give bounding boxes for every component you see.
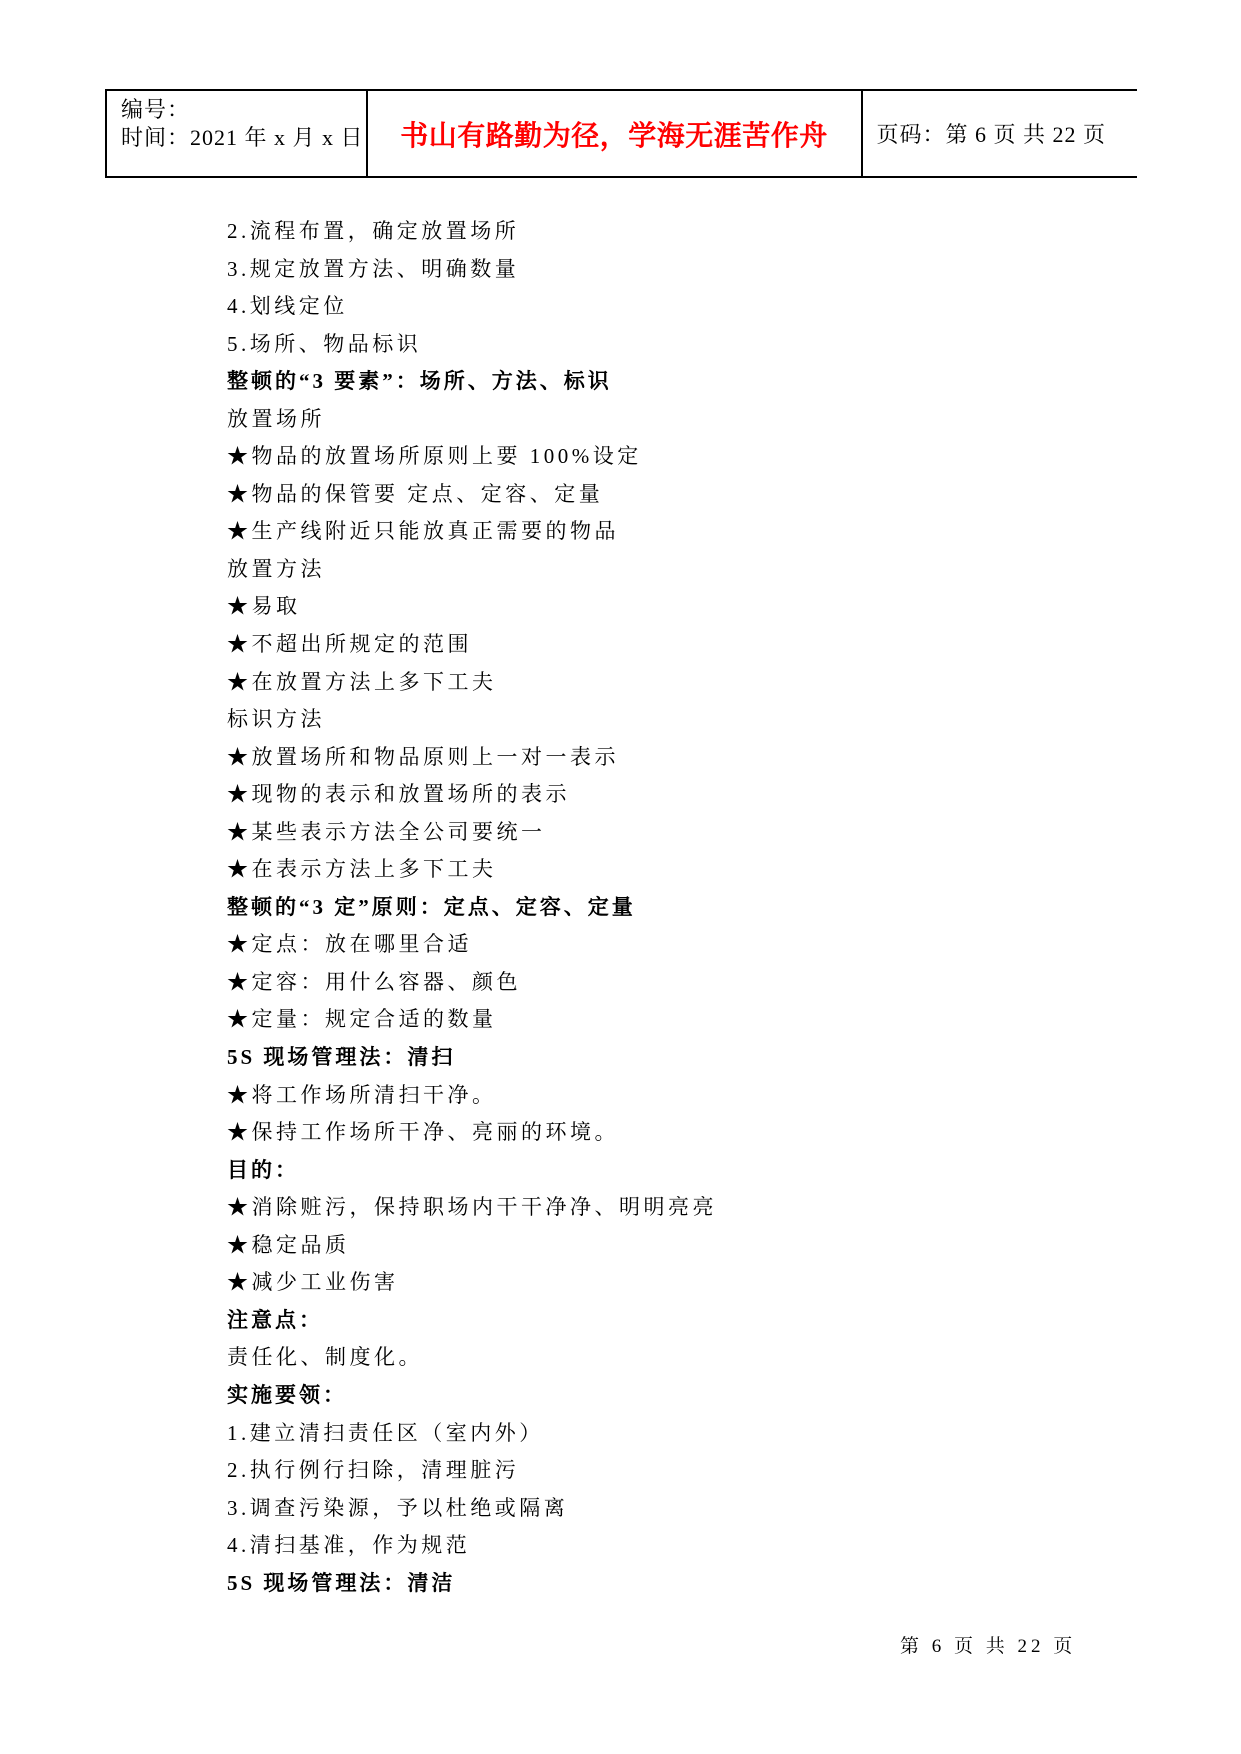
body-line: 3.规定放置方法、明确数量 — [227, 251, 1087, 289]
header-table: 编号： 时间：2021 年 x 月 x 日 书山有路勤为径，学海无涯苦作舟 页码… — [105, 89, 1137, 178]
body-line: ★放置场所和物品原则上一对一表示 — [227, 739, 1087, 777]
header-cell-slogan: 书山有路勤为径，学海无涯苦作舟 — [368, 91, 863, 176]
body-line: 5S 现场管理法：清扫 — [227, 1039, 1087, 1077]
body-line: 目的： — [227, 1152, 1087, 1190]
body-line: ★物品的放置场所原则上要 100%设定 — [227, 438, 1087, 476]
doc-number-label: 编号： — [121, 96, 366, 124]
body-line: ★定点：放在哪里合适 — [227, 926, 1087, 964]
body-line: 放置方法 — [227, 551, 1087, 589]
body-line: ★定量：规定合适的数量 — [227, 1001, 1087, 1039]
header-cell-meta: 编号： 时间：2021 年 x 月 x 日 — [107, 91, 368, 176]
body-line: ★生产线附近只能放真正需要的物品 — [227, 513, 1087, 551]
body-line: 放置场所 — [227, 401, 1087, 439]
body-line: 注意点： — [227, 1302, 1087, 1340]
body-line: 4.清扫基准，作为规范 — [227, 1527, 1087, 1565]
body-line: 实施要领： — [227, 1377, 1087, 1415]
body-line: 5S 现场管理法：清洁 — [227, 1565, 1087, 1603]
body-line: ★物品的保管要 定点、定容、定量 — [227, 476, 1087, 514]
body-line: ★在表示方法上多下工夫 — [227, 851, 1087, 889]
body-line: ★在放置方法上多下工夫 — [227, 664, 1087, 702]
body-line: ★易取 — [227, 588, 1087, 626]
document-page: 编号： 时间：2021 年 x 月 x 日 书山有路勤为径，学海无涯苦作舟 页码… — [0, 0, 1241, 1754]
page-number-label: 页码：第 6 页 共 22 页 — [877, 118, 1107, 149]
body-line: ★减少工业伤害 — [227, 1264, 1087, 1302]
body-line: 1.建立清扫责任区（室内外） — [227, 1415, 1087, 1453]
body-line: 标识方法 — [227, 701, 1087, 739]
body-line: ★某些表示方法全公司要统一 — [227, 814, 1087, 852]
body-line: ★保持工作场所干净、亮丽的环境。 — [227, 1114, 1087, 1152]
document-body: 2.流程布置，确定放置场所3.规定放置方法、明确数量4.划线定位5.场所、物品标… — [227, 213, 1087, 1602]
body-line: 2.流程布置，确定放置场所 — [227, 213, 1087, 251]
body-line: 4.划线定位 — [227, 288, 1087, 326]
body-line: ★消除赃污，保持职场内干干净净、明明亮亮 — [227, 1189, 1087, 1227]
body-line: ★稳定品质 — [227, 1227, 1087, 1265]
body-line: 责任化、制度化。 — [227, 1339, 1087, 1377]
body-line: 整顿的“3 定”原则：定点、定容、定量 — [227, 889, 1087, 927]
body-line: 3.调查污染源，予以杜绝或隔离 — [227, 1490, 1087, 1528]
page-footer: 第 6 页 共 22 页 — [900, 1631, 1076, 1658]
header-cell-page: 页码：第 6 页 共 22 页 — [863, 91, 1137, 176]
body-line: ★不超出所规定的范围 — [227, 626, 1087, 664]
slogan-text: 书山有路勤为径，学海无涯苦作舟 — [400, 114, 828, 154]
body-line: 5.场所、物品标识 — [227, 326, 1087, 364]
body-line: 整顿的“3 要素”：场所、方法、标识 — [227, 363, 1087, 401]
body-line: ★定容：用什么容器、颜色 — [227, 964, 1087, 1002]
body-line: 2.执行例行扫除，清理脏污 — [227, 1452, 1087, 1490]
doc-date-label: 时间：2021 年 x 月 x 日 — [121, 124, 366, 152]
body-line: ★现物的表示和放置场所的表示 — [227, 776, 1087, 814]
body-line: ★将工作场所清扫干净。 — [227, 1077, 1087, 1115]
